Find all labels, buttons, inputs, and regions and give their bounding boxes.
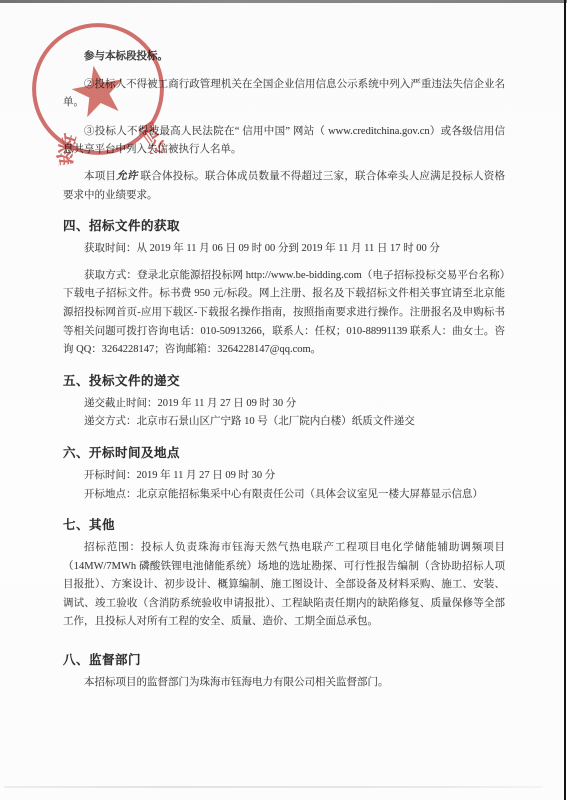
section-6-title: 六、开标时间及地点 [63,443,505,463]
scan-top-edge [0,0,567,3]
consortium-emphasis-allow: 允许 [116,171,137,182]
scan-right-edge [564,0,566,800]
section-4-obtain-method: 获取方式：登录北京能源招投标网 http://www.be-bidding.co… [63,267,505,360]
section-5-deadline: 递交截止时间：2019 年 11 月 27 日 09 时 30 分 [63,395,505,414]
section-4-title: 四、招标文件的获取 [63,216,505,236]
scanned-tender-document-page: 参与本标段投标。 ②投标人不得被工商行政管理机关在全国企业信用信息公示系统中列入… [0,0,567,800]
clause-3-creditchina: ③投标人不得被最高人民法院在“ 信用中国” 网站（ www.creditchin… [63,123,505,160]
intro-fragment: 参与本标段投标。 [63,48,505,67]
scan-bottom-edge [4,786,543,788]
section-8-supervision: 本招标项目的监督部门为珠海市钰海电力有限公司相关监督部门。 [63,674,505,693]
consortium-prefix: 本项目 [84,171,116,182]
section-5-delivery-method: 递交方式：北京市石景山区广宁路 10 号（北厂院内白楼）纸质文件递交 [63,413,505,432]
consortium-clause: 本项目允许 联合体投标。联合体成员数量不得超过三家，联合体牵头人应满足投标人资格… [63,168,505,205]
section-6-open-time: 开标时间：2019 年 11 月 27 日 09 时 30 分 [63,467,505,486]
section-7-title: 七、其他 [63,515,505,535]
section-5-title: 五、投标文件的递交 [63,371,505,391]
section-4-obtain-time: 获取时间：从 2019 年 11 月 06 日 09 时 00 分到 2019 … [63,240,505,259]
section-8-title: 八、监督部门 [63,650,505,670]
clause-2-credit-blacklist: ②投标人不得被工商行政管理机关在全国企业信用信息公示系统中列入严重违法失信企业名… [63,76,505,113]
section-7-scope: 招标范围：投标人负责珠海市钰海天然气热电联产工程项目电化学储能辅助调频项目（14… [63,539,505,632]
document-body: 参与本标段投标。 ②投标人不得被工商行政管理机关在全国企业信用信息公示系统中列入… [63,48,505,693]
section-6-open-place: 开标地点：北京京能招标集采中心有限责任公司（具体会议室见一楼大屏幕显示信息） [63,486,505,505]
